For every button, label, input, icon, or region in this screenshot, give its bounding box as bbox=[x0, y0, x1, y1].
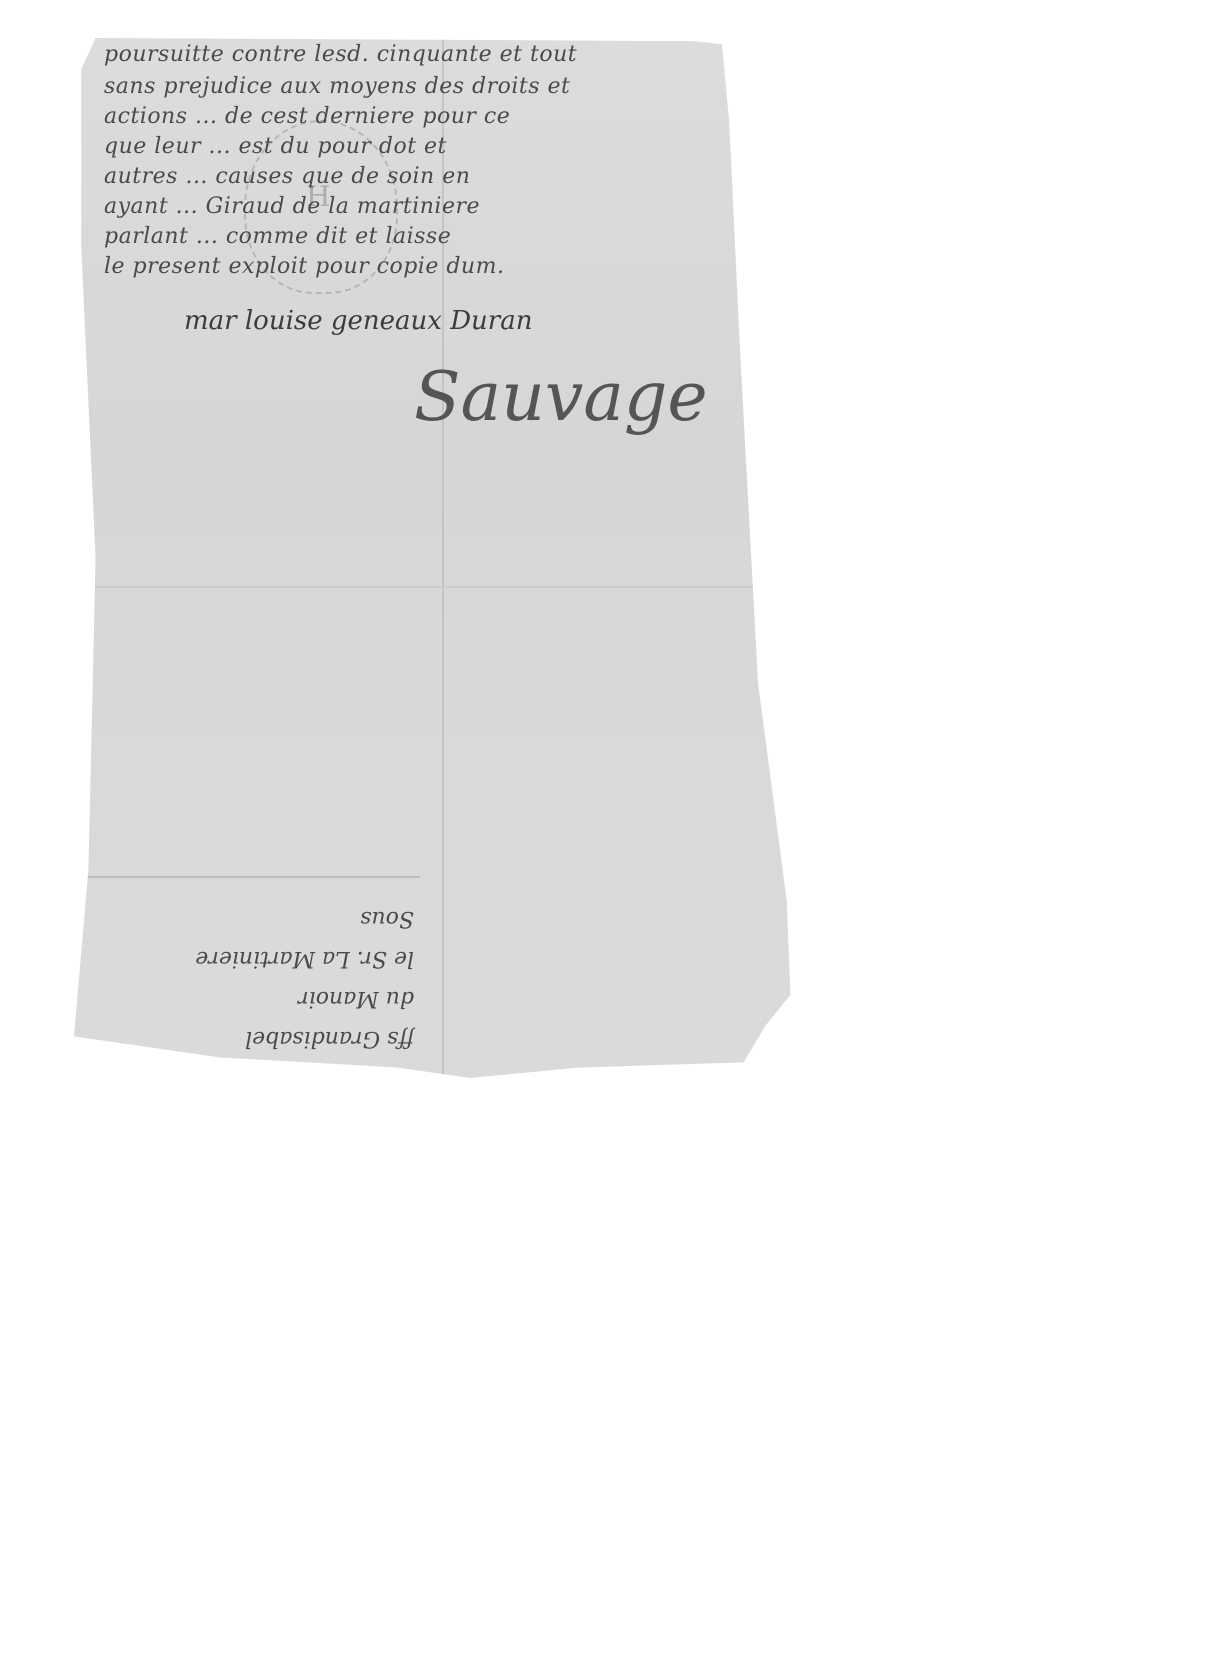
endorsement-line: Sous bbox=[114, 898, 414, 938]
endorsement-line: le Sr. La Martiniere bbox=[114, 938, 414, 978]
body-line: parlant ... comme dit et laisse bbox=[104, 224, 451, 249]
body-line: poursuitte contre lesd. cinquante et tou… bbox=[104, 42, 577, 67]
horizontal-fold-line bbox=[74, 586, 794, 588]
body-line: autres ... causes que de soin en bbox=[104, 164, 470, 189]
body-line: sans prejudice aux moyens des droits et bbox=[104, 74, 570, 99]
endorsement-line: du Manoir bbox=[114, 978, 414, 1018]
body-line: que leur ... est du pour dot et bbox=[104, 134, 447, 159]
endorsement-line: ffs Grandisabel bbox=[114, 1018, 414, 1058]
body-line: ayant ... Giraud de la martiniere bbox=[104, 194, 480, 219]
body-line: le present exploit pour copie dum. bbox=[104, 254, 504, 279]
witness-signatures: mar louise geneaux Duran bbox=[184, 306, 532, 336]
bailiff-signature: Sauvage bbox=[414, 358, 708, 437]
body-line: actions ... de cest derniere pour ce bbox=[104, 104, 510, 129]
upside-down-endorsement: ffs Grandisabel du Manoir le Sr. La Mart… bbox=[114, 878, 414, 1058]
manuscript-page: H poursuitte contre lesd. cinquante et t… bbox=[74, 38, 794, 1078]
